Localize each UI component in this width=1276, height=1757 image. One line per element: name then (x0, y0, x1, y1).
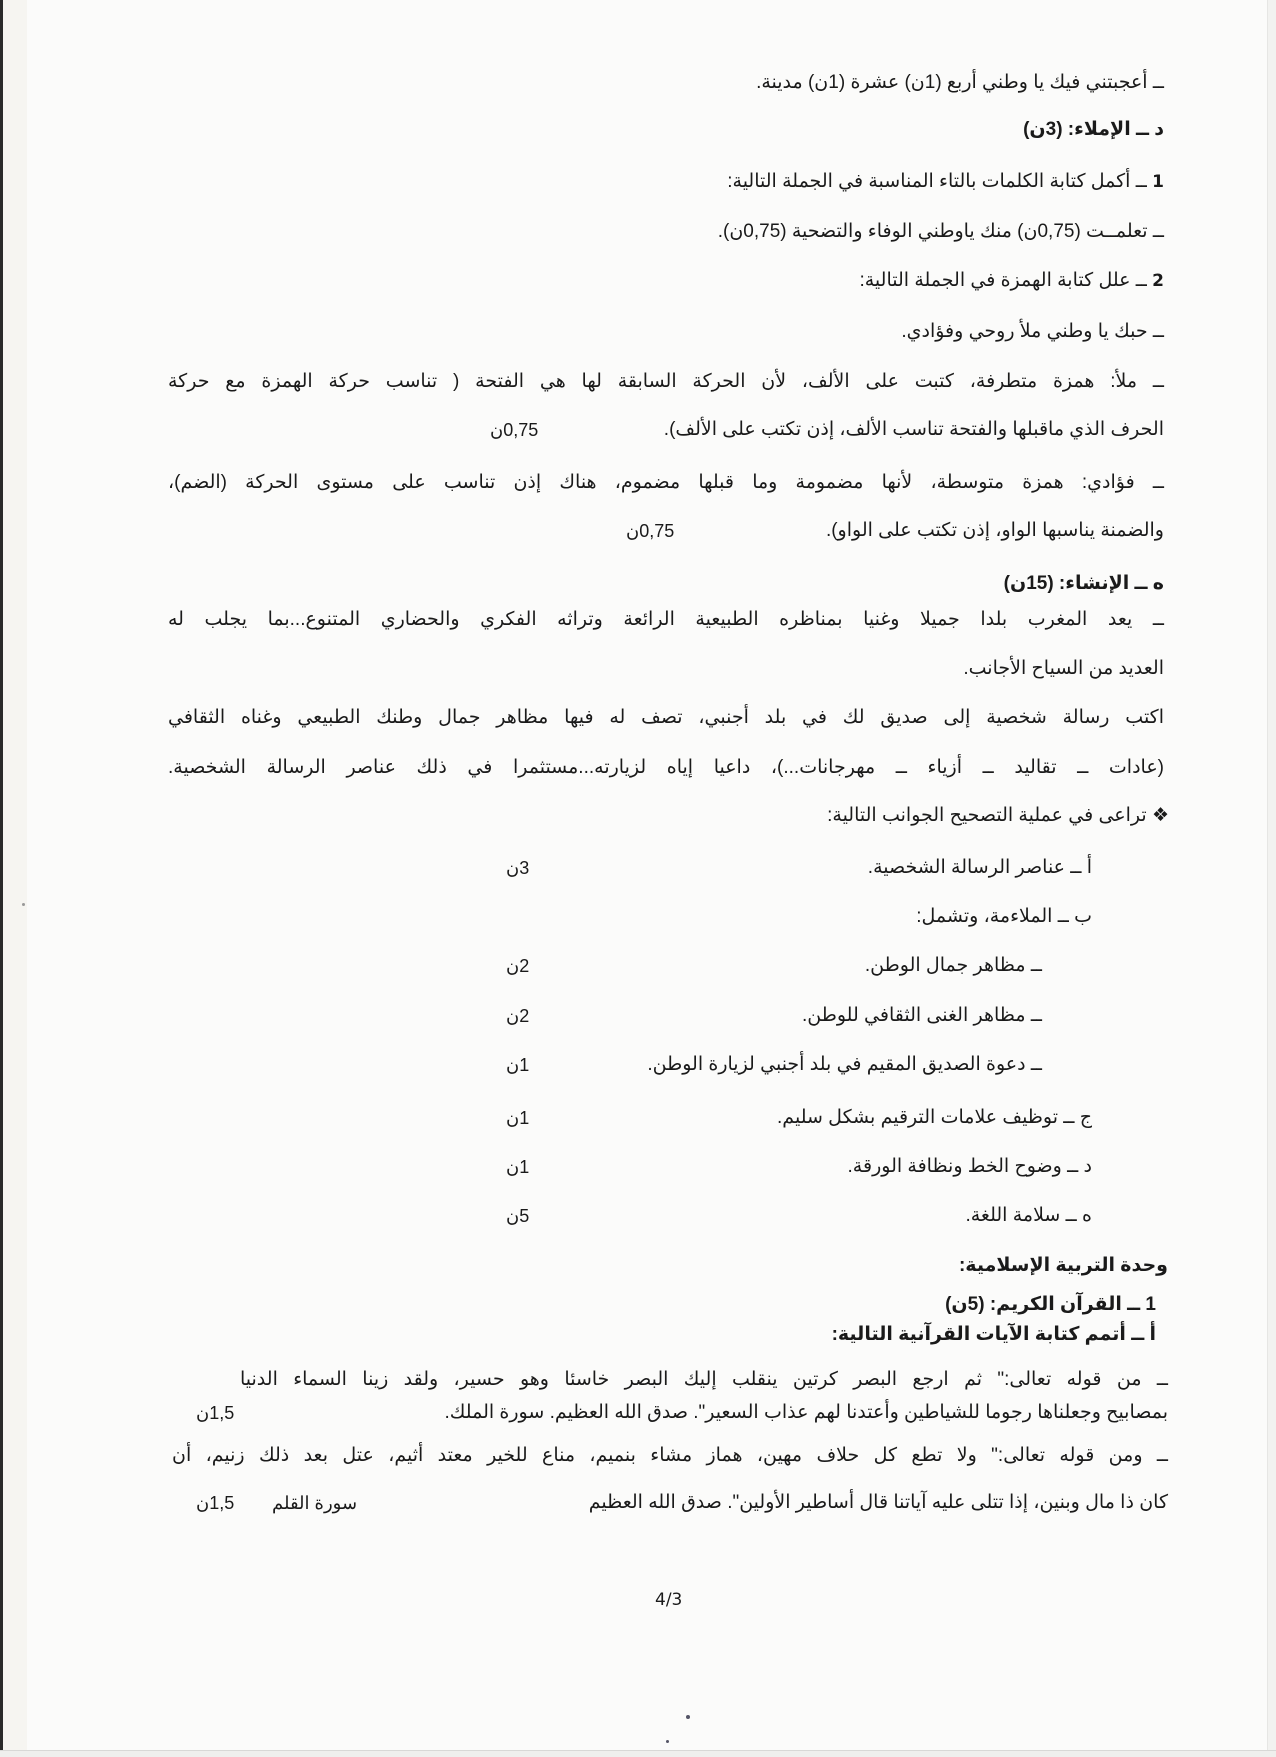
criterion-item: ه ــ سلامة اللغة. (965, 1203, 1092, 1229)
question-2: 2 ــ علل كتابة الهمزة في الجملة التالية: (859, 268, 1164, 294)
criterion-subitem: ــ مظاهر الغنى الثقافي للوطن. (802, 1003, 1042, 1029)
page-number: 4/3 (655, 1590, 682, 1610)
criteria-intro: ❖ تراعى في عملية التصحيح الجوانب التالية… (827, 803, 1169, 829)
question-text: ــ علل كتابة الهمزة في الجملة التالية: (859, 270, 1152, 291)
answer-mala-line-2: الحرف الذي ماقبلها والفتحة تناسب الألف، … (664, 417, 1164, 443)
prompt-line-2: العديد من السياح الأجانب. (963, 656, 1164, 682)
question-number: 1 (1152, 172, 1164, 192)
criterion-subitem: ــ مظاهر جمال الوطن. (865, 953, 1042, 979)
scan-speck (666, 1740, 669, 1743)
criterion-score: 1ن (506, 1052, 529, 1078)
text-line: ــ أعجبتني فيك يا وطني أربع (1ن) عشرة (1… (756, 70, 1164, 96)
question-text: ــ أكمل كتابة الكلمات بالتاء المناسبة في… (727, 171, 1152, 192)
criterion-item: ب ــ الملاءمة، وتشمل: (916, 904, 1092, 930)
question-number: 2 (1152, 271, 1164, 291)
criterion-item: أ ــ عناصر الرسالة الشخصية. (868, 855, 1092, 881)
section-heading-dictation: د ــ الإملاء: (3ن) (1023, 117, 1164, 143)
verse-1-line-1: ــ من قوله تعالى:" ثم ارجع البصر كرتين ي… (240, 1367, 1168, 1393)
verse-2-line-2: كان ذا مال وبنين، إذا تتلى عليه آياتنا ق… (589, 1490, 1168, 1516)
criterion-score: 1ن (506, 1105, 529, 1131)
question-1: 1 ــ أكمل كتابة الكلمات بالتاء المناسبة … (727, 169, 1164, 195)
criterion-score: 1ن (506, 1154, 529, 1180)
answer-fuadi-line-1: ــ فؤادي: همزة متوسطة، لأنها مضمومة وما … (168, 470, 1164, 496)
score-label: 0,75ن (626, 518, 674, 544)
score-label: 0,75ن (490, 417, 538, 443)
criterion-subitem: ــ دعوة الصديق المقيم في بلد أجنبي لزيار… (647, 1052, 1042, 1078)
task-heading: أ ــ أتمم كتابة الآيات القرآنية التالية: (832, 1322, 1156, 1348)
score-label: 1,5ن (196, 1490, 234, 1516)
answer-fuadi-line-2: والضمنة يناسبها الواو، إذن تكتب على الوا… (826, 518, 1164, 544)
criteria-intro-text: تراعى في عملية التصحيح الجوانب التالية: (827, 805, 1152, 826)
bullet-diamond-icon: ❖ (1152, 805, 1169, 826)
criterion-score: 3ن (506, 855, 529, 881)
section-heading-islamic: وحدة التربية الإسلامية: (959, 1253, 1168, 1279)
section-heading-composition: ه ــ الإنشاء: (15ن) (1004, 571, 1164, 597)
criterion-item: ج ــ توظيف علامات الترقيم بشكل سليم. (777, 1105, 1092, 1131)
verse-1-line-2: بمصابيح وجعلناها رجوما للشياطين وأعتدنا … (445, 1400, 1168, 1426)
subsection-heading-quran: 1 ــ القرآن الكريم: (5ن) (945, 1292, 1156, 1318)
scan-speck (22, 903, 25, 906)
criterion-score: 2ن (506, 953, 529, 979)
task-line-1: اكتب رسالة شخصية إلى صديق لك في بلد أجنب… (168, 705, 1164, 731)
verse-2-line-1: ــ ومن قوله تعالى:" ولا تطع كل حلاف مهين… (172, 1443, 1168, 1469)
criterion-score: 2ن (506, 1003, 529, 1029)
criterion-score: 5ن (506, 1203, 529, 1229)
task-line-2: (عادات ــ تقاليد ــ أزياء ــ مهرجانات...… (168, 755, 1164, 781)
surah-name: سورة القلم (272, 1490, 357, 1516)
prompt-line-1: ــ يعد المغرب بلدا جميلا وغنيا بمناظره ا… (168, 607, 1164, 633)
exam-page: ــ أعجبتني فيك يا وطني أربع (1ن) عشرة (1… (0, 0, 1276, 1757)
criterion-item: د ــ وضوح الخط ونظافة الورقة. (848, 1154, 1092, 1180)
example-sentence: ــ حبك يا وطني ملأ روحي وفؤادي. (901, 319, 1164, 345)
answer-mala-line-1: ــ ملأ: همزة متطرفة، كتبت على الألف، لأن… (168, 369, 1164, 395)
score-label: 1,5ن (196, 1400, 234, 1426)
answer-line: ــ تعلمــت (0,75ن) منك ياوطني الوفاء وال… (718, 219, 1164, 245)
scan-speck (686, 1715, 690, 1719)
